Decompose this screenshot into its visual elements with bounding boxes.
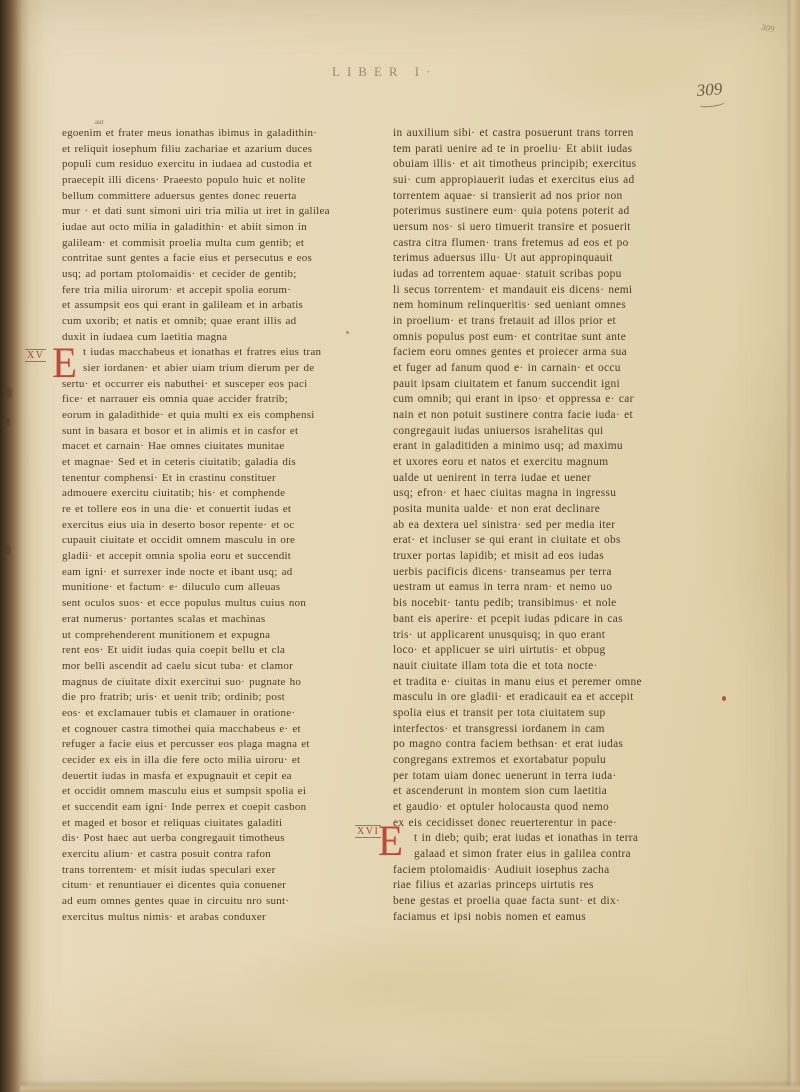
chapter-marker-xv: XV bbox=[25, 349, 46, 362]
manuscript-text-line: loco· et applicuer se uiri uirtutis· et … bbox=[393, 643, 769, 659]
manuscript-text-line: galaad et simon frater eius in galilea c… bbox=[393, 847, 769, 863]
manuscript-text-line: faciem ptolomaidis· Audiuit iosephus zac… bbox=[393, 863, 769, 879]
manuscript-text-line: usq; ad portam ptolomaidis· et cecider d… bbox=[62, 267, 393, 283]
manuscript-text-line: t iudas macchabeus et ionathas et fratre… bbox=[62, 345, 393, 361]
margin-show-through-mark bbox=[4, 545, 11, 554]
manuscript-text-line: iudas ad torrentem aquae· statuit scriba… bbox=[393, 267, 769, 283]
manuscript-text-line: sier iordanen· et abier uiam trium dieru… bbox=[62, 361, 393, 377]
manuscript-text-line: in auxilium sibi· et castra posuerunt tr… bbox=[393, 126, 769, 142]
manuscript-text-line: duxit in iudaea cum laetitia magna bbox=[62, 330, 393, 346]
manuscript-text-line: congregans extremos et exortabatur popul… bbox=[393, 753, 769, 769]
manuscript-text-line: sertu· et occurrer eis nabuthei· et susc… bbox=[62, 377, 393, 393]
manuscript-text-line: re et tollere eos in una die· et conuert… bbox=[62, 502, 393, 518]
manuscript-text-line: cum uxorib; et natis et omnib; quae eran… bbox=[62, 314, 393, 330]
manuscript-text-line: contritae sunt gentes a facie eius et pe… bbox=[62, 251, 393, 267]
running-header: LIBER I· bbox=[332, 64, 437, 80]
manuscript-text-line: gladii· et accepit omnia spolia eoru et … bbox=[62, 549, 393, 565]
manuscript-text-line: populi cum residuo exercitu in iudaea ad… bbox=[62, 157, 393, 173]
manuscript-text-line: praecepit illi dicens· Praeesto populo h… bbox=[62, 173, 393, 189]
manuscript-text-line: bis nocebit· tantu pedib; transibimus· e… bbox=[393, 596, 769, 612]
manuscript-text-line: sui· cum appropiauerit iudas et exercitu… bbox=[393, 173, 769, 189]
manuscript-text-line: egoenim et frater meus ionathas ibimus i… bbox=[62, 126, 393, 142]
manuscript-text-line: pauit ipsam ciuitatem et fanum succendit… bbox=[393, 377, 769, 393]
manuscript-text-line: posita munita ualde· et non erat declina… bbox=[393, 502, 769, 518]
manuscript-text-line: riae filius et azarias princeps uirtutis… bbox=[393, 878, 769, 894]
manuscript-text-line: et ascenderunt in montem sion cum laetit… bbox=[393, 784, 769, 800]
manuscript-text-line: uestram ut eamus in terra nram· et nemo … bbox=[393, 580, 769, 596]
manuscript-text-line: die pro fratrib; uris· et uenit trib; or… bbox=[62, 690, 393, 706]
manuscript-text-line: et gaudio· et optuler holocausta quod ne… bbox=[393, 800, 769, 816]
manuscript-text-line: bene gestas et proelia quae facta sunt· … bbox=[393, 894, 769, 910]
manuscript-text-line: et maged et bosor et reliquas ciuitates … bbox=[62, 816, 393, 832]
manuscript-text-line: et cognouer castra timothei quia macchab… bbox=[62, 722, 393, 738]
manuscript-text-line: torrentem aquae· si transierit ad nos pr… bbox=[393, 189, 769, 205]
manuscript-text-line: galileam· et commisit proelia multa cum … bbox=[62, 236, 393, 252]
text-column-right: in auxilium sibi· et castra posuerunt tr… bbox=[393, 126, 769, 925]
manuscript-text-line: erat· et incluser se qui erant in ciuita… bbox=[393, 533, 769, 549]
manuscript-text-line: et magnae· Sed et in ceteris ciuitatib; … bbox=[62, 455, 393, 471]
margin-show-through-mark bbox=[2, 418, 10, 426]
manuscript-text-line: exercitus eius uia in deserto bosor repe… bbox=[62, 518, 393, 534]
manuscript-text-line: bellum committere aduersus gentes donec … bbox=[62, 189, 393, 205]
manuscript-text-line: et tradita e· ciuitas in manu eius et pe… bbox=[393, 675, 769, 691]
manuscript-text-line: deuertit iudas in masfa et expugnauit et… bbox=[62, 769, 393, 785]
manuscript-text-line: eorum in galadithide· et quia multi ex e… bbox=[62, 408, 393, 424]
manuscript-text-line: poterimus sustinere eum· quia potens pot… bbox=[393, 204, 769, 220]
manuscript-text-line: tem parati uenire ad te in proeliu· Et a… bbox=[393, 142, 769, 158]
interlinear-correction: aut bbox=[95, 118, 104, 126]
manuscript-text-line: rent eos· Et uidit iudas quia coepit bel… bbox=[62, 643, 393, 659]
manuscript-text-line: mor belli ascendit ad caelu sicut tuba· … bbox=[62, 659, 393, 675]
manuscript-text-line: et fuger ad fanum quod e· in carnain· et… bbox=[393, 361, 769, 377]
manuscript-text-line: in proelium· et trans fretauit ad illos … bbox=[393, 314, 769, 330]
margin-show-through-mark bbox=[3, 388, 12, 398]
manuscript-text-line: ex eis cecidisset donec reuerterentur in… bbox=[393, 816, 769, 832]
manuscript-text-line: ad eum omnes gentes quae in circuitu nro… bbox=[62, 894, 393, 910]
manuscript-text-line: faciem eoru omnes gentes et proiecer arm… bbox=[393, 345, 769, 361]
manuscript-text-line: omnis populus post eum· et contritae sun… bbox=[393, 330, 769, 346]
folio-number: 309 bbox=[696, 79, 726, 108]
page-edge-right bbox=[786, 0, 800, 1092]
manuscript-text-line: exercitus multus nimis· et arabas condux… bbox=[62, 910, 393, 926]
page-edge-bottom bbox=[20, 1080, 800, 1092]
manuscript-text-line: castra citra flumen· trans fretemus ad e… bbox=[393, 236, 769, 252]
manuscript-text-line: t in dieb; quib; erat iudas et ionathas … bbox=[393, 831, 769, 847]
manuscript-text-line: li secus torrentem· et mandauit eis dice… bbox=[393, 283, 769, 299]
manuscript-text-line: fere tria milia uirorum· et accepit spol… bbox=[62, 283, 393, 299]
manuscript-text-line: masculu in ore gladii· et eradicauit ea … bbox=[393, 690, 769, 706]
manuscript-text-line: nem hominum relinqueritis· sed ueniant o… bbox=[393, 298, 769, 314]
manuscript-text-line: macet et carnain· Hae omnes ciuitates mu… bbox=[62, 439, 393, 455]
manuscript-text-line: cupauit ciuitate et occidit omnem mascul… bbox=[62, 533, 393, 549]
manuscript-text-line: trans torrentem· et misit iudas specular… bbox=[62, 863, 393, 879]
manuscript-text-line: obuiam illis· et ait timotheus principib… bbox=[393, 157, 769, 173]
manuscript-text-line: cecider ex eis in illa die fere octo mil… bbox=[62, 753, 393, 769]
manuscript-text-line: eam igni· et surrexer inde nocte et iban… bbox=[62, 565, 393, 581]
manuscript-text-line: faciamus et ipsi nobis nomen et eamus bbox=[393, 910, 769, 926]
manuscript-page-scan: LIBER I· 309 309 aut XV E XVI E egoenim … bbox=[0, 0, 800, 1092]
manuscript-text-line: et assumpsit eos qui erant in galileam e… bbox=[62, 298, 393, 314]
text-column-left: egoenim et frater meus ionathas ibimus i… bbox=[62, 126, 393, 925]
manuscript-text-line: nauit ciuitate illam tota die et tota no… bbox=[393, 659, 769, 675]
manuscript-text-line: uerbis pacificis dicens· transeamus per … bbox=[393, 565, 769, 581]
manuscript-text-line: po magno contra faciem bethsan· et erat … bbox=[393, 737, 769, 753]
manuscript-text-line: citum· et renuntiauer ei dicentes quia c… bbox=[62, 878, 393, 894]
manuscript-text-line: et uxores eoru et natos et exercitu magn… bbox=[393, 455, 769, 471]
manuscript-text-line: refuger a facie eius et percusser eos pl… bbox=[62, 737, 393, 753]
manuscript-text-line: uersum nos· si uero timuerit transire et… bbox=[393, 220, 769, 236]
manuscript-text-line: eos· et exclamauer tubis et clamauer in … bbox=[62, 706, 393, 722]
manuscript-text-line: munitione· et factum· e· diluculo cum al… bbox=[62, 580, 393, 596]
manuscript-text-line: terimus aduersus illu· Ut aut appropinqu… bbox=[393, 251, 769, 267]
manuscript-text-line: sent oculos suos· et ecce populus multus… bbox=[62, 596, 393, 612]
manuscript-text-line: magnus de ciuitate dixit exercitui suo· … bbox=[62, 675, 393, 691]
manuscript-text-line: tris· ut applicarent unusquisq; in quo e… bbox=[393, 628, 769, 644]
manuscript-text-line: erat numerus· portantes scalas et machin… bbox=[62, 612, 393, 628]
manuscript-text-line: tenentur comphensi· Et in crastinu const… bbox=[62, 471, 393, 487]
manuscript-text-line: mur · et dati sunt simoni uiri tria mili… bbox=[62, 204, 393, 220]
manuscript-text-line: et succendit eam igni· Inde perrex et co… bbox=[62, 800, 393, 816]
manuscript-text-line: ualde ut uenirent in terra iudae et uene… bbox=[393, 471, 769, 487]
manuscript-text-line: sunt in basara et bosor et in alimis et … bbox=[62, 424, 393, 440]
manuscript-text-line: spolia eius et transit per tota ciuitate… bbox=[393, 706, 769, 722]
manuscript-text-line: nain et non potuit sustinere contra faci… bbox=[393, 408, 769, 424]
manuscript-text-line: truxer portas lapidib; et misit ad eos i… bbox=[393, 549, 769, 565]
manuscript-text-line: bant eis aperire· et pcepit iudas pdicar… bbox=[393, 612, 769, 628]
manuscript-text-line: erant in galaditiden a minimo usq; ad ma… bbox=[393, 439, 769, 455]
manuscript-text-line: iudae aut octo milia in galadithin· et a… bbox=[62, 220, 393, 236]
manuscript-text-line: et reliquit iosephum filiu zachariae et … bbox=[62, 142, 393, 158]
manuscript-text-line: per totam uiam donec uenerunt in terra i… bbox=[393, 769, 769, 785]
manuscript-text-line: dis· Post haec aut uerba congregauit tim… bbox=[62, 831, 393, 847]
manuscript-text-line: fice· et narrauer eis omnia quae accider… bbox=[62, 392, 393, 408]
manuscript-text-line: interfectos· et transgressi iordanem in … bbox=[393, 722, 769, 738]
manuscript-text-line: et occidit omnem masculu eius et sumpsit… bbox=[62, 784, 393, 800]
manuscript-text-line: congregauit iudas uniuersos israhelitas … bbox=[393, 424, 769, 440]
manuscript-text-line: usq; efron· et haec ciuitas magna in ing… bbox=[393, 486, 769, 502]
manuscript-text-line: admouere exercitu ciuitatib; his· et com… bbox=[62, 486, 393, 502]
corner-folio-number: 309 bbox=[760, 22, 775, 34]
manuscript-text-line: ab ea dextera uel sinistra· sed per medi… bbox=[393, 518, 769, 534]
manuscript-text-line: cum omnib; qui erant in ipso· et oppress… bbox=[393, 392, 769, 408]
manuscript-text-line: ut comprehenderent munitionem et expugna bbox=[62, 628, 393, 644]
manuscript-text-line: exercitu alium· et castra posuit contra … bbox=[62, 847, 393, 863]
